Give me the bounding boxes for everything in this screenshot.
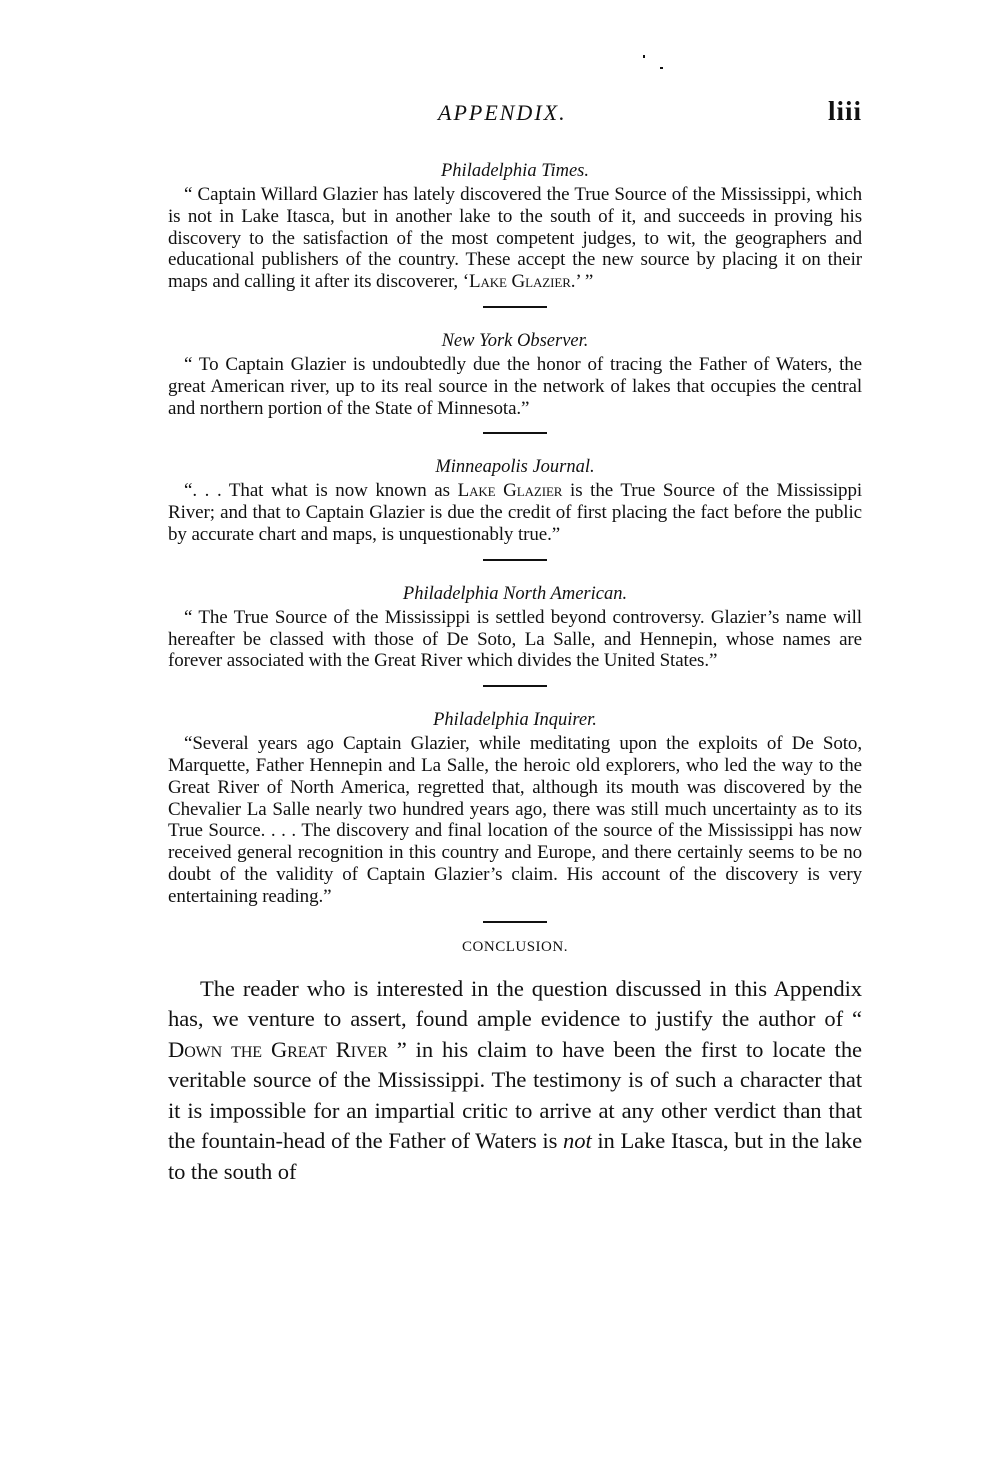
- scan-speck: [643, 55, 645, 58]
- source-title: Minneapolis Journal.: [168, 456, 862, 478]
- section-divider: [483, 432, 547, 434]
- quote-paragraph: “. . . That what is now known as Lake Gl…: [168, 480, 862, 545]
- body-text: The reader who is interested in the ques…: [168, 976, 862, 1032]
- quote-paragraph: “ The True Source of the Mississippi is …: [168, 607, 862, 672]
- source-title: Philadelphia Times.: [168, 160, 862, 182]
- section-divider: [483, 921, 547, 923]
- scan-speck: [660, 67, 663, 69]
- source-title: Philadelphia Inquirer.: [168, 709, 862, 731]
- small-caps-name: Lake Glazier: [469, 271, 571, 292]
- source-title: New York Observer.: [168, 330, 862, 352]
- page-number: liii: [828, 96, 862, 127]
- running-head-title: APPENDIX.: [438, 100, 567, 126]
- quote-text: .’ ”: [571, 271, 593, 292]
- book-title: Down the Great River: [168, 1037, 388, 1062]
- source-title: Philadelphia North American.: [168, 583, 862, 605]
- section-divider: [483, 306, 547, 308]
- running-head: APPENDIX. liii: [168, 96, 862, 136]
- section-divider: [483, 559, 547, 561]
- conclusion-heading: CONCLUSION.: [168, 939, 862, 956]
- quote-paragraph: “ To Captain Glazier is undoubtedly due …: [168, 354, 862, 419]
- section-divider: [483, 685, 547, 687]
- conclusion-paragraph: The reader who is interested in the ques…: [168, 974, 862, 1188]
- quote-paragraph: “ Captain Willard Glazier has lately dis…: [168, 184, 862, 293]
- quote-text: “. . . That what is now known as: [184, 480, 458, 501]
- quote-paragraph: “Several years ago Captain Glazier, whil…: [168, 733, 862, 907]
- small-caps-name: Lake Glazier: [458, 480, 563, 501]
- emphasis-text: not: [563, 1128, 592, 1153]
- book-page: APPENDIX. liii Philadelphia Times. “ Cap…: [168, 96, 862, 1187]
